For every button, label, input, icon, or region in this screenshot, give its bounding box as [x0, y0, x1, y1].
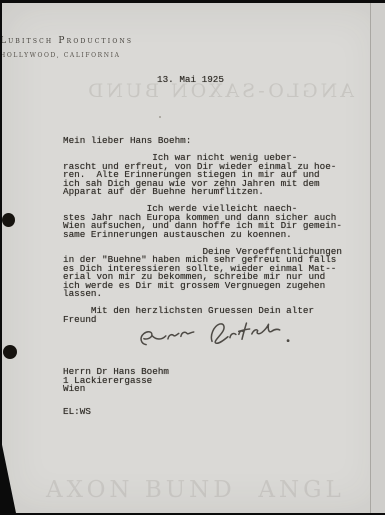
- scan-corner-shadow: [0, 435, 16, 513]
- scanned-letter-page: ANGLO-SAXON BUND AXON BUND ANGL Lubitsch…: [0, 0, 385, 515]
- handwritten-signature: [135, 316, 306, 363]
- letterhead-location: Hollywood, California: [0, 52, 371, 59]
- letter-date: 13. Mai 1925: [157, 76, 224, 85]
- typist-initials: EL:WS: [63, 408, 91, 417]
- scan-backing-strip: [370, 3, 385, 513]
- punch-hole-bottom: [3, 345, 17, 359]
- paper-speck: [159, 116, 161, 118]
- letterhead-company-name: Lubitsch Productions: [0, 36, 371, 46]
- recipient-address: Herrn Dr Hans Boehm 1 Lackierergasse Wie…: [63, 368, 169, 394]
- letter-body: Mein lieber Hans Boehm: Ich war nicht we…: [63, 137, 342, 324]
- signature-ink-strokes: [135, 316, 306, 358]
- punch-hole-top: [2, 213, 15, 227]
- scan-edge-left: [0, 0, 2, 515]
- scan-edge-top: [0, 0, 385, 3]
